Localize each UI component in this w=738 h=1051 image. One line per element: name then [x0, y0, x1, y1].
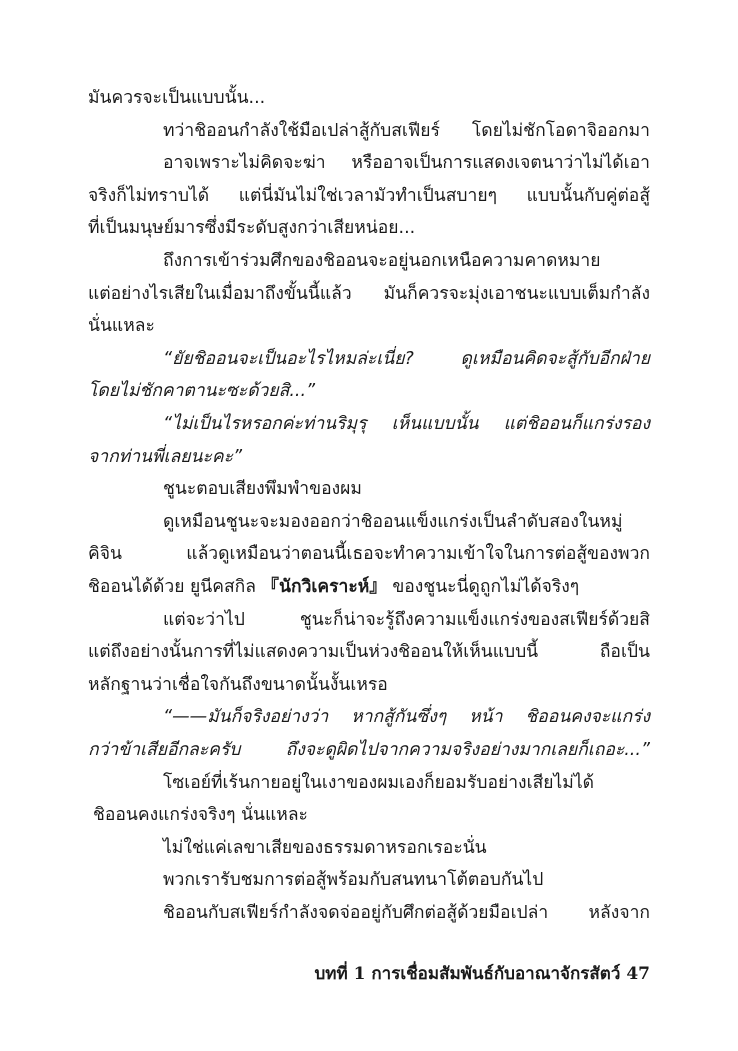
text-segment: ชิออนได้ด้วย ยูนีคสกิล [88, 577, 262, 597]
text-line: จริงก็ไม่ทราบได้ แต่นี่มันไม่ใช่เวลามัวท… [88, 183, 650, 209]
text-line: ไม่ใช่แค่เลขาเสียของธรรมดาหรอกเรอะนั่น [163, 835, 650, 861]
skill-name: 『นักวิเคราะห์』 [262, 577, 387, 597]
text-line: แต่อย่างไรเสียในเมื่อมาถึงขั้นนี้แล้ว มั… [88, 281, 650, 307]
book-page: มันควรจะเป็นแบบนั้น... ทว่าชิออนกำลังใช้… [0, 0, 738, 1051]
text-line: ชิออนคงแกร่งจริงๆ นั่นแหละ [93, 802, 650, 828]
text-line: หลักฐานว่าเชื่อใจกันถึงขนาดนั้นงั้นเหรอ [88, 672, 650, 698]
text-line: ที่เป็นมนุษย์มารซึ่งมีระดับสูงกว่าเสียหน… [88, 215, 650, 241]
text-line: ชูนะตอบเสียงพึมพำของผม [163, 476, 650, 502]
dialogue-line: โดยไม่ชักคาตานะซะด้วยสิ...” [88, 378, 650, 404]
dialogue-line: กว่าข้าเสียอีกละครับ ถึงจะดูผิดไปจากความ… [88, 737, 650, 763]
text-line: พวกเรารับชมการต่อสู้พร้อมกับสนทนาโต้ตอบก… [163, 867, 650, 893]
dialogue-line: จากท่านพี่เลยนะคะ” [88, 444, 650, 470]
text-line: แต่ถึงอย่างนั้นการที่ไม่แสดงความเป็นห่วง… [88, 639, 650, 665]
text-line: อาจเพราะไม่คิดจะฆ่า หรืออาจเป็นการแสดงเจ… [163, 150, 650, 176]
text-line: ทว่าชิออนกำลังใช้มือเปล่าสู้กับสเฟียร์ โ… [163, 118, 650, 144]
page-number: 47 [626, 964, 650, 984]
text-line: ถึงการเข้าร่วมศึกของชิออนจะอยู่นอกเหนือค… [163, 248, 650, 274]
text-line: ชิออนได้ด้วย ยูนีคสกิล 『นักวิเคราะห์』 ขอ… [88, 574, 650, 600]
text-line: คิจิน แล้วดูเหมือนว่าตอนนี้เธอจะทำความเข… [88, 541, 650, 567]
dialogue-line: “——มันก็จริงอย่างว่า หากสู้กันซึ่งๆ หน้า… [163, 704, 650, 730]
text-line: มันควรจะเป็นแบบนั้น... [88, 85, 650, 111]
text-segment: ของชูนะนี่ดูถูกไม่ได้จริงๆ [387, 577, 579, 597]
text-line: โซเอย์ที่เร้นกายอยู่ในเงาของผมเองก็ยอมรั… [163, 770, 650, 796]
page-footer: บทที่ 1 การเชื่อมสัมพันธ์กับอาณาจักรสัตว… [250, 960, 650, 987]
text-line: ชิออนกับสเฟียร์กำลังจดจ่ออยู่กับศึกต่อสู… [163, 900, 650, 926]
dialogue-line: “ไม่เป็นไรหรอกค่ะท่านริมุรุ เห็นแบบนั้น … [163, 411, 650, 437]
text-line: นั่นแหละ [88, 313, 650, 339]
dialogue-line: “ยัยชิออนจะเป็นอะไรไหมล่ะเนี่ย? ดูเหมือน… [163, 346, 650, 372]
text-line: แต่จะว่าไป ชูนะก็น่าจะรู้ถึงความแข็งแกร่… [163, 607, 650, 633]
chapter-title: บทที่ 1 การเชื่อมสัมพันธ์กับอาณาจักรสัตว… [315, 964, 621, 984]
text-line: ดูเหมือนชูนะจะมองออกว่าชิออนแข็งแกร่งเป็… [163, 509, 650, 535]
